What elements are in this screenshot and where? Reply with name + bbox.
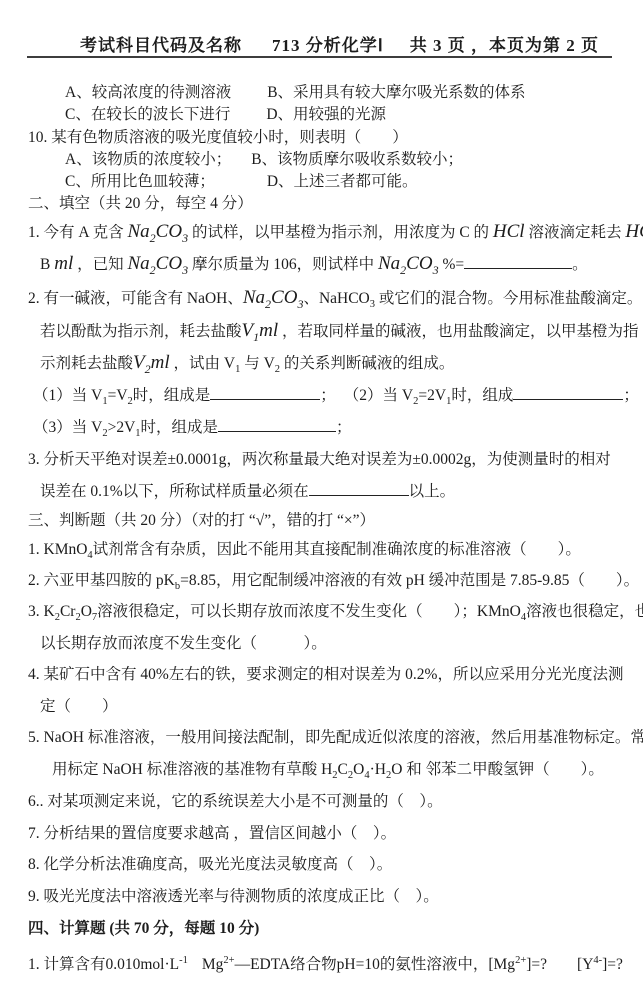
text-segment: 70 bbox=[134, 920, 150, 937]
text-segment: Na bbox=[127, 221, 149, 242]
text-segment: CO bbox=[156, 253, 182, 274]
spacer bbox=[230, 118, 266, 119]
text-segment: 二、填空（共 20 分，每空 4 分） bbox=[28, 195, 253, 212]
text-segment: -1 bbox=[179, 955, 188, 966]
text-segment: 2+ bbox=[515, 955, 526, 966]
text-segment: =2V bbox=[418, 387, 446, 404]
text-segment: （3）当 V bbox=[33, 419, 102, 436]
text-segment: D、用较强的光源 bbox=[266, 106, 386, 123]
fill-in-blank bbox=[210, 394, 320, 400]
text-segment: 9. 吸光光度法中溶液透光率与待测物质的浓度成正比（ ）。 bbox=[28, 888, 439, 905]
text-segment: ，试由 V bbox=[170, 355, 235, 372]
document-line: 以长期存放而浓度不发生变化（ ）。 bbox=[0, 633, 643, 654]
document-line: C、在较长的波长下进行D、用较强的光源 bbox=[0, 104, 643, 125]
document-line: A、较高浓度的待测溶液B、采用具有较大摩尔吸光系数的体系 bbox=[0, 82, 643, 103]
document-line: 9. 吸光光度法中溶液透光率与待测物质的浓度成正比（ ）。 bbox=[0, 886, 643, 907]
text-segment: Na bbox=[378, 253, 400, 274]
document-line: A、该物质的浓度较小；B、该物质摩尔吸收系数较小； bbox=[0, 149, 643, 170]
text-segment: 、NaHCO bbox=[303, 290, 369, 307]
text-segment: C、在较长的波长下进行 bbox=[65, 106, 230, 123]
text-segment: 1. KMnO bbox=[28, 541, 87, 558]
text-segment: 2. 六亚甲基四胺的 pK bbox=[28, 572, 175, 589]
text-segment: Na bbox=[243, 287, 265, 308]
text-segment: ]=? bbox=[526, 956, 547, 973]
header-divider bbox=[27, 56, 612, 58]
document-line: 若以酚酞为指示剂，耗去盐酸V1ml ，若取同样量的碱液，也用盐酸滴定，以甲基橙为… bbox=[0, 320, 643, 348]
course-code-name: 713 分析化学Ⅰ bbox=[268, 36, 388, 58]
text-segment: 三、判断题（共 20 分）（对的打 “√”，错的打 “×”） bbox=[28, 512, 375, 529]
text-segment: >2V bbox=[108, 419, 136, 436]
document-line: （3）当 V2>2V1时，组成是； bbox=[0, 417, 643, 444]
text-segment: A、该物质的浓度较小； bbox=[65, 151, 231, 168]
text-segment: 2. 有一碱液，可能含有 NaOH、 bbox=[28, 290, 243, 307]
text-segment: V bbox=[242, 320, 254, 341]
text-segment: 。 bbox=[572, 256, 588, 273]
text-segment: 试剂常含有杂质，因此不能用其直接配制准确浓度的标准溶液（ ）。 bbox=[93, 541, 581, 558]
text-segment: ml bbox=[259, 320, 278, 341]
text-segment: 的关系判断碱液的组成。 bbox=[280, 355, 454, 372]
text-segment: ，已知 bbox=[73, 256, 127, 273]
document-line: 示剂耗去盐酸V2ml ，试由 V1 与 V2 的关系判断碱液的组成。 bbox=[0, 352, 643, 380]
text-segment: B bbox=[40, 256, 54, 273]
text-segment: Mg bbox=[202, 956, 224, 973]
text-segment: HCl bbox=[625, 221, 643, 242]
text-segment: —EDTA络合物pH=10的氨性溶液中，[Mg bbox=[235, 956, 515, 973]
document-line: 1. 计算含有0.010mol·L-1Mg2+—EDTA络合物pH=10的氨性溶… bbox=[0, 950, 643, 975]
document-line: （1）当 V1=V2时，组成是；（2）当 V2=2V1时，组成； bbox=[0, 385, 643, 412]
document-line: 6.. 对某项测定来说，它的系统误差大小是不可测量的（ ）。 bbox=[0, 791, 643, 812]
text-segment: V bbox=[133, 352, 145, 373]
text-segment: ； bbox=[320, 387, 336, 404]
text-segment: 3. K bbox=[28, 603, 55, 620]
spacer bbox=[188, 968, 202, 969]
text-segment: 若以酚酞为指示剂，耗去盐酸 bbox=[40, 323, 242, 340]
text-segment: 溶液很稳定，可以长期存放而浓度不发生变化（ ）；KMnO bbox=[97, 603, 521, 620]
text-segment: 时，组成是 bbox=[133, 387, 211, 404]
text-segment: 10. 某有色物质溶液的吸光度值较小时，则表明（ ） bbox=[28, 129, 408, 146]
text-segment: CO bbox=[271, 287, 297, 308]
document-line: 8. 化学分析法准确度高，吸光光度法灵敏度高（ ）。 bbox=[0, 854, 643, 875]
document-line: 10. 某有色物质溶液的吸光度值较小时，则表明（ ） bbox=[0, 127, 643, 148]
text-segment: 以长期存放而浓度不发生变化（ ）。 bbox=[40, 635, 327, 652]
text-segment: 分，每题 bbox=[149, 920, 219, 937]
text-segment: CO bbox=[406, 253, 432, 274]
text-segment: 用标定 NaOH 标准溶液的基准物有草酸 H bbox=[52, 761, 332, 778]
text-segment: Cr bbox=[60, 603, 76, 620]
text-segment: 示剂耗去盐酸 bbox=[40, 355, 133, 372]
text-segment: 以上。 bbox=[409, 483, 456, 500]
text-segment: ml bbox=[54, 253, 73, 274]
text-segment: O 和 邻苯二甲酸氢钾（ ）。 bbox=[391, 761, 604, 778]
fill-in-blank bbox=[218, 426, 336, 432]
text-segment: 时，组成是 bbox=[141, 419, 219, 436]
document-line: C、所用比色皿较薄；D、上述三者都可能。 bbox=[0, 171, 643, 192]
text-segment: B、采用具有较大摩尔吸光系数的体系 bbox=[267, 84, 525, 101]
text-segment: B、该物质摩尔吸收系数较小； bbox=[251, 151, 463, 168]
document-line: 7. 分析结果的置信度要求越高 ，置信区间越小（ ）。 bbox=[0, 823, 643, 844]
text-segment: =V bbox=[108, 387, 128, 404]
document-line: 2. 六亚甲基四胺的 pKb=8.85，用它配制缓冲溶液的有效 pH 缓冲范围是… bbox=[0, 570, 643, 597]
document-line: 用标定 NaOH 标准溶液的基准物有草酸 H2C2O4·H2O 和 邻苯二甲酸氢… bbox=[0, 759, 643, 786]
text-segment: 溶液滴定耗去 bbox=[525, 224, 626, 241]
document-line: 误差在 0.1%以下，所称试样质量必须在以上。 bbox=[0, 481, 643, 502]
text-segment: C bbox=[338, 761, 348, 778]
text-segment: O bbox=[81, 603, 92, 620]
text-segment: 摩尔质量为 106，则试样中 bbox=[188, 256, 378, 273]
exam-page: 考试科目代码及名称713 分析化学Ⅰ共 3 页 ，本页为第 2 页 A、较高浓度… bbox=[0, 0, 643, 993]
text-segment: HCl bbox=[493, 221, 525, 242]
text-segment: ]=? bbox=[602, 956, 623, 973]
document-line: 3. K2Cr2O7溶液很稳定，可以长期存放而浓度不发生变化（ ）；KMnO4溶… bbox=[0, 601, 643, 628]
spacer bbox=[547, 968, 577, 969]
text-segment: 2+ bbox=[223, 955, 234, 966]
text-segment: Na bbox=[127, 253, 149, 274]
fill-in-blank bbox=[513, 394, 623, 400]
document-line: 定（ ） bbox=[0, 696, 643, 717]
header-label: 考试科目代码及名称 bbox=[80, 36, 242, 55]
document-line: 1. KMnO4试剂常含有杂质，因此不能用其直接配制准确浓度的标准溶液（ ）。 bbox=[0, 539, 643, 566]
text-segment: ； bbox=[336, 419, 352, 436]
text-segment: CO bbox=[156, 221, 182, 242]
text-segment: 与 V bbox=[240, 355, 274, 372]
spacer bbox=[336, 399, 344, 400]
text-segment: 或它们的混合物。今用标准盐酸滴定。 bbox=[375, 290, 642, 307]
document-line: 三、判断题（共 20 分）（对的打 “√”，错的打 “×”） bbox=[0, 510, 643, 531]
document-line: 四、计算题 (共 70 分，每题 10 分) bbox=[0, 918, 643, 939]
text-segment: 6.. 对某项测定来说，它的系统误差大小是不可测量的（ ）。 bbox=[28, 793, 443, 810]
fill-in-blank bbox=[464, 263, 572, 269]
document-line: 4. 某矿石中含有 40%左右的铁，要求测定的相对误差为 0.2%，所以应采用分… bbox=[0, 664, 643, 685]
text-segment: C、所用比色皿较薄； bbox=[65, 173, 215, 190]
document-line: B ml ，已知 Na2CO3 摩尔质量为 106，则试样中 Na2CO3 %=… bbox=[0, 253, 643, 281]
document-line: 1. 今有 A 克含 Na2CO3 的试样，以甲基橙为指示剂，用浓度为 C 的 … bbox=[0, 221, 643, 249]
document-line: 2. 有一碱液，可能含有 NaOH、Na2CO3、NaHCO3 或它们的混合物。… bbox=[0, 287, 643, 315]
text-segment: 8. 化学分析法准确度高，吸光光度法灵敏度高（ ）。 bbox=[28, 856, 392, 873]
text-segment: ml bbox=[151, 352, 170, 373]
text-segment: ，若取同样量的碱液，也用盐酸滴定，以甲基橙为指 bbox=[278, 323, 638, 340]
text-segment: 4- bbox=[593, 955, 602, 966]
text-segment: [Y bbox=[577, 956, 593, 973]
text-segment: 7. 分析结果的置信度要求越高 ，置信区间越小（ ）。 bbox=[28, 825, 396, 842]
text-segment: %= bbox=[439, 256, 465, 273]
spacer bbox=[231, 96, 267, 97]
fill-in-blank bbox=[309, 490, 409, 496]
text-segment: 分) bbox=[235, 920, 260, 937]
spacer bbox=[215, 185, 267, 186]
text-segment: 3. 分析天平绝对误差±0.0001g，两次称量最大绝对误差为±0.0002g，… bbox=[28, 451, 611, 468]
text-segment: 1. 计算含有0.010mol·L bbox=[28, 956, 179, 973]
text-segment: 溶液也很稳定，也可 bbox=[526, 603, 643, 620]
text-segment: 时，组成 bbox=[451, 387, 513, 404]
text-segment: 1. 今有 A 克含 bbox=[28, 224, 127, 241]
text-segment: 4. 某矿石中含有 40%左右的铁，要求测定的相对误差为 0.2%，所以应采用分… bbox=[28, 666, 623, 683]
text-segment: （2）当 V bbox=[344, 387, 413, 404]
page-count: 共 3 页 ，本页为第 2 页 bbox=[410, 36, 599, 55]
text-segment: （1）当 V bbox=[33, 387, 102, 404]
document-line: 5. NaOH 标准溶液，一般用间接法配制，即先配成近似浓度的溶液，然后用基准物… bbox=[0, 727, 643, 748]
text-segment: ·H bbox=[370, 761, 386, 778]
text-segment: A、较高浓度的待测溶液 bbox=[65, 84, 231, 101]
document-line: 二、填空（共 20 分，每空 4 分） bbox=[0, 193, 643, 214]
text-segment: D、上述三者都可能。 bbox=[267, 173, 418, 190]
text-segment: O bbox=[353, 761, 364, 778]
text-segment: 四、计算题 (共 bbox=[28, 920, 134, 937]
text-segment: 的试样，以甲基橙为指示剂，用浓度为 C 的 bbox=[188, 224, 493, 241]
text-segment: =8.85，用它配制缓冲溶液的有效 pH 缓冲范围是 7.85-9.85（ ）。 bbox=[180, 572, 639, 589]
text-segment: ； bbox=[623, 387, 639, 404]
spacer bbox=[231, 163, 251, 164]
page-header: 考试科目代码及名称713 分析化学Ⅰ共 3 页 ，本页为第 2 页 bbox=[80, 31, 599, 56]
text-segment: 误差在 0.1%以下，所称试样质量必须在 bbox=[40, 483, 309, 500]
document-line: 3. 分析天平绝对误差±0.0001g，两次称量最大绝对误差为±0.0002g，… bbox=[0, 449, 643, 470]
text-segment: 10 bbox=[219, 920, 235, 937]
text-segment: 定（ ） bbox=[40, 698, 118, 715]
text-segment: 5. NaOH 标准溶液，一般用间接法配制，即先配成近似浓度的溶液，然后用基准物… bbox=[28, 729, 643, 746]
